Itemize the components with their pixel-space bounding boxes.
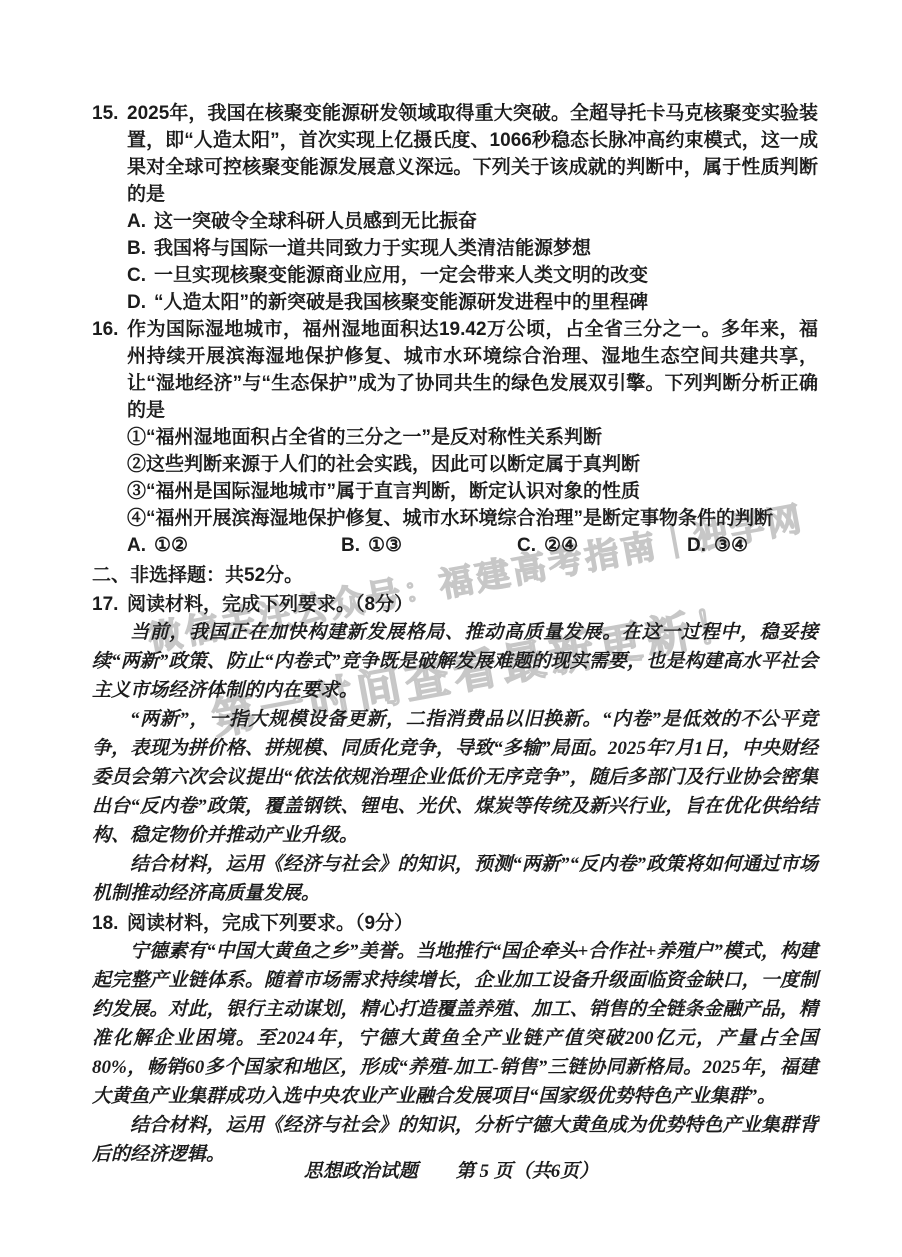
question-16-statement-2: ②这些判断来源于人们的社会实践，因此可以断定属于真判断 — [127, 451, 818, 478]
option-text: ③④ — [714, 532, 748, 559]
question-18-intro: 阅读材料，完成下列要求。（9分） — [127, 913, 413, 934]
option-label: C. — [127, 262, 146, 289]
question-16-stem: 作为国际湿地城市，福州湿地面积达19.42万公顷，占全省三分之一。多年来，福州持… — [127, 316, 818, 424]
question-18-head: 18. 阅读材料，完成下列要求。（9分） — [92, 910, 818, 937]
question-15-option-c: C. 一旦实现核聚变能源商业应用，一定会带来人类文明的改变 — [127, 262, 818, 289]
question-16-statement-1: ①“福州湿地面积占全省的三分之一”是反对称性关系判断 — [127, 424, 818, 451]
option-label: D. — [127, 289, 146, 316]
question-16-statement-3: ③“福州是国际湿地城市”属于直言判断，断定认识对象的性质 — [127, 478, 818, 505]
question-17-head: 17. 阅读材料，完成下列要求。（8分） — [92, 591, 818, 618]
question-16-option-d: D. ③④ — [687, 532, 748, 559]
option-label: B. — [341, 532, 360, 559]
question-18-material-para-1: 宁德素有“中国大黄鱼之乡”美誉。当地推行“国企牵头+合作社+养殖户”模式，构建起… — [92, 937, 818, 1111]
question-15-stem: 2025年，我国在核聚变能源研发领域取得重大突破。全超导托卡马克核聚变实验装置，… — [127, 100, 818, 208]
question-15-number: 15. — [92, 100, 118, 127]
question-16-options: A. ①② B. ①③ C. ②④ D. ③④ — [127, 532, 818, 559]
footer-page-number: 第 5 页（共6页） — [456, 1161, 599, 1182]
question-17-task: 结合材料，运用《经济与社会》的知识，预测“两新”“反内卷”政策将如何通过市场机制… — [92, 850, 818, 908]
question-16-statement-4: ④“福州开展滨海湿地保护修复、城市水环境综合治理”是断定事物条件的判断 — [127, 505, 818, 532]
question-17-intro: 阅读材料，完成下列要求。（8分） — [127, 594, 413, 615]
option-text: ①② — [154, 532, 188, 559]
section-2-title: 二、非选择题：共52分。 — [92, 562, 818, 589]
option-label: B. — [127, 235, 146, 262]
question-17: 17. 阅读材料，完成下列要求。（8分） 当前，我国正在加快构建新发展格局、推动… — [92, 591, 818, 908]
footer-paper-title: 思想政治试题 — [304, 1161, 418, 1182]
question-16: 16. 作为国际湿地城市，福州湿地面积达19.42万公顷，占全省三分之一。多年来… — [92, 316, 818, 559]
question-15: 15. 2025年，我国在核聚变能源研发领域取得重大突破。全超导托卡马克核聚变实… — [92, 100, 818, 316]
option-label: A. — [127, 208, 146, 235]
question-15-option-d: D. “人造太阳”的新突破是我国核聚变能源研发进程中的里程碑 — [127, 289, 818, 316]
question-16-option-c: C. ②④ — [517, 532, 687, 559]
question-17-material-para-2: “两新”，一指大规模设备更新，二指消费品以旧换新。“内卷”是低效的不公平竞争，表… — [92, 705, 818, 850]
option-label: A. — [127, 532, 146, 559]
page-content: 15. 2025年，我国在核聚变能源研发领域取得重大突破。全超导托卡马克核聚变实… — [92, 100, 818, 1169]
option-label: C. — [517, 532, 536, 559]
exam-page: 微信关注公众号：福建高考指南｜独学网 第一时间查看最新更新！ 15. 2025年… — [0, 0, 902, 1257]
question-18: 18. 阅读材料，完成下列要求。（9分） 宁德素有“中国大黄鱼之乡”美誉。当地推… — [92, 910, 818, 1169]
question-17-material-para-1: 当前，我国正在加快构建新发展格局、推动高质量发展。在这一过程中，稳妥接续“两新”… — [92, 618, 818, 705]
page-footer: 思想政治试题第 5 页（共6页） — [0, 1156, 902, 1183]
option-text: ①③ — [368, 532, 402, 559]
question-16-number: 16. — [92, 316, 118, 343]
question-15-option-b: B. 我国将与国际一道共同致力于实现人类清洁能源梦想 — [127, 235, 818, 262]
option-text: ②④ — [544, 532, 578, 559]
option-text: 一旦实现核聚变能源商业应用，一定会带来人类文明的改变 — [154, 262, 648, 289]
option-text: “人造太阳”的新突破是我国核聚变能源研发进程中的里程碑 — [154, 289, 648, 316]
option-text: 我国将与国际一道共同致力于实现人类清洁能源梦想 — [154, 235, 591, 262]
question-16-option-b: B. ①③ — [341, 532, 517, 559]
question-17-number: 17. — [92, 591, 118, 618]
question-15-option-a: A. 这一突破令全球科研人员感到无比振奋 — [127, 208, 818, 235]
question-16-option-a: A. ①② — [127, 532, 341, 559]
question-18-number: 18. — [92, 910, 118, 937]
option-label: D. — [687, 532, 706, 559]
option-text: 这一突破令全球科研人员感到无比振奋 — [154, 208, 477, 235]
